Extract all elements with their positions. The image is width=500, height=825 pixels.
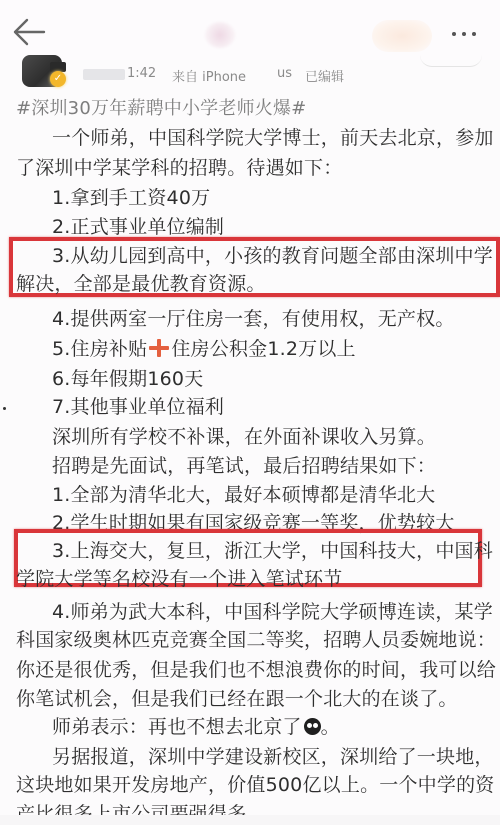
plus-icon bbox=[148, 338, 170, 358]
more-options-button[interactable] bbox=[452, 24, 492, 44]
title-avatar-blur bbox=[205, 22, 235, 48]
note-line: 深圳所有学校不补课，在外面补课收入另算。 bbox=[52, 424, 436, 450]
follow-pill-outline bbox=[420, 52, 482, 67]
recruit-intro: 招聘是先面试，再笔试，最后招聘结果如下： bbox=[52, 453, 436, 479]
report-line: 这块地如果开发房地产，价值500亿以上。一个中学的资 bbox=[16, 772, 494, 798]
junior-quote-end: 。 bbox=[321, 716, 340, 738]
benefit-item: 7.其他事业单位福利 bbox=[52, 394, 224, 420]
dot-icon bbox=[472, 32, 476, 36]
verified-badge-icon: ✓ bbox=[50, 71, 66, 87]
hashtag-link[interactable]: #深圳30万年薪聘中小学老师火爆# bbox=[16, 96, 306, 122]
author-name-blurred[interactable] bbox=[83, 69, 125, 80]
result-item-continued: 你笔试机会，但是我们已经在跟一个北大的在谈了。 bbox=[16, 686, 458, 712]
benefit-text: 住房公积金1.2万以上 bbox=[171, 338, 355, 360]
benefit-text: 5.住房补贴 bbox=[52, 338, 147, 360]
post-source: 来自 iPhone bbox=[172, 66, 246, 85]
junior-quote-text: 师弟表示：再也不想去北京了 bbox=[52, 716, 302, 738]
result-item-continued: 你还是很优秀，但是我们也不想浪费你的时间，我可以给 bbox=[16, 657, 496, 683]
follow-button-blur[interactable] bbox=[372, 20, 432, 52]
benefit-item: 1.拿到手工资40万 bbox=[52, 185, 210, 211]
result-item: 1.全部为清华北大，最好本硕博都是清华北大 bbox=[52, 482, 435, 508]
junior-quote: 师弟表示：再也不想去北京了。 bbox=[52, 714, 340, 740]
dot-icon bbox=[452, 32, 456, 36]
result-item: 4.师弟为武大本科，中国科学院大学硕博连读，某学 bbox=[52, 599, 493, 625]
result-item-continued: 学院大学等名校没有一个进入笔试环节 bbox=[16, 566, 342, 592]
intro-line: 了深圳中学某学科的招聘。待遇如下： bbox=[16, 155, 342, 181]
result-item: 3.上海交大，复旦，浙江大学，中国科技大，中国科 bbox=[52, 538, 493, 564]
bullet-dot bbox=[3, 407, 6, 410]
benefit-item-continued: 解决，全部是最优教育资源。 bbox=[16, 271, 266, 297]
post-source-suffix: us bbox=[277, 66, 292, 81]
post-time: 1:42 bbox=[127, 66, 156, 81]
intro-line: 一个师弟，中国科学院大学博士，前天去北京，参加 bbox=[52, 125, 494, 151]
dot-icon bbox=[462, 32, 466, 36]
edited-label: 已编辑 bbox=[305, 66, 344, 85]
report-line: 另据报道，深圳中学建设新校区，深圳给了一块地， bbox=[52, 744, 494, 770]
benefit-item: 5.住房补贴住房公积金1.2万以上 bbox=[52, 336, 356, 362]
emoji-icon bbox=[304, 718, 321, 735]
benefit-item: 4.提供两室一厅住房一套，有使用权，无产权。 bbox=[52, 306, 455, 332]
benefit-item: 3.从幼儿园到高中，小孩的教育问题全部由深圳中学 bbox=[52, 243, 493, 269]
bottom-edge bbox=[0, 815, 500, 825]
back-arrow-icon[interactable] bbox=[12, 18, 46, 46]
result-item-continued: 科国家级奥林匹克竞赛全国二等奖，招聘人员委婉地说： bbox=[16, 627, 496, 653]
benefit-item: 6.每年假期160天 bbox=[52, 366, 203, 392]
